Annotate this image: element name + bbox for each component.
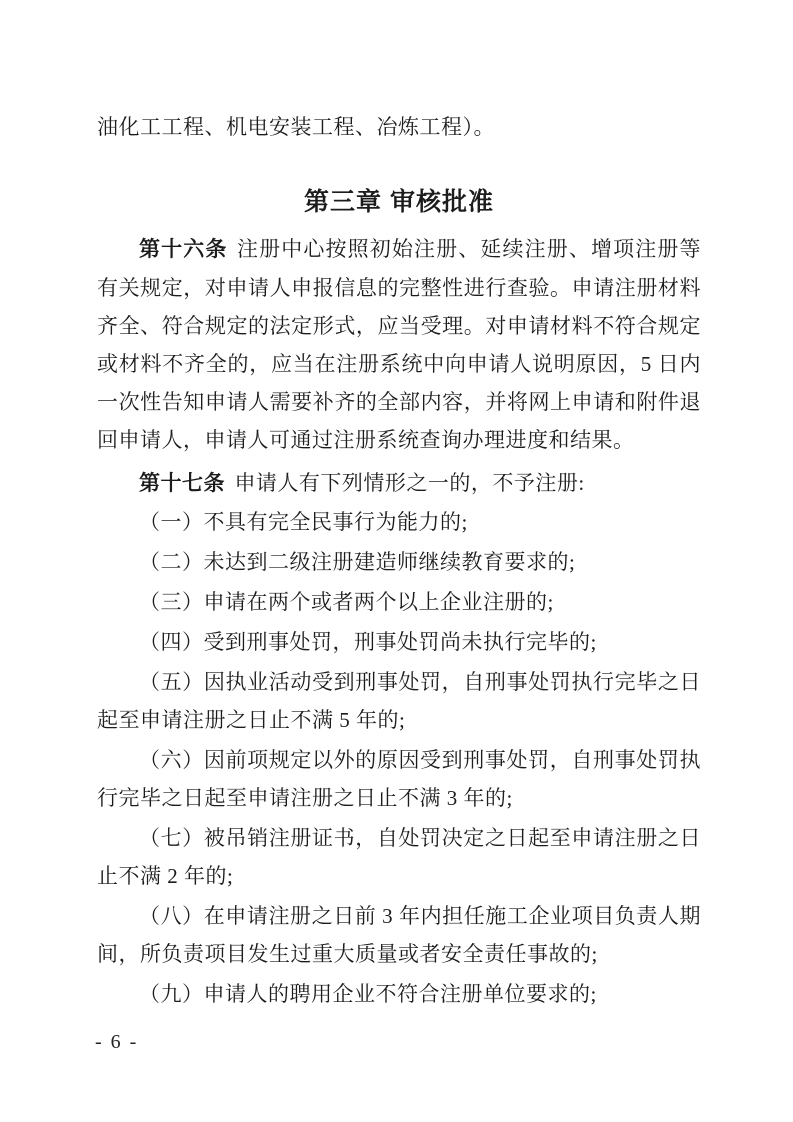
- article-16: 第十六条注册中心按照初始注册、延续注册、增项注册等有关规定，对申请人申报信息的完…: [97, 230, 701, 459]
- article-17: 第十七条申请人有下列情形之一的，不予注册:: [97, 464, 701, 503]
- list-item-1: （一）不具有完全民事行为能力的;: [97, 503, 701, 541]
- article-16-label: 第十六条: [139, 238, 228, 261]
- list-item-5: （五）因执业活动受到刑事处罚，自刑事处罚执行完毕之日起至申请注册之日止不满 5 …: [97, 663, 701, 739]
- list-item-6: （六）因前项规定以外的原因受到刑事处罚，自刑事处罚执行完毕之日起至申请注册之日止…: [97, 741, 701, 817]
- document-content: 油化工工程、机电安装工程、冶炼工程）。 第三章 审核批准 第十六条注册中心按照初…: [97, 108, 701, 1015]
- page-number: - 6 -: [95, 1030, 138, 1054]
- list-item-3: （三）申请在两个或者两个以上企业注册的;: [97, 583, 701, 621]
- list-item-7: （七）被吊销注册证书，自处罚决定之日起至申请注册之日止不满 2 年的;: [97, 819, 701, 895]
- article-17-label: 第十七条: [139, 472, 225, 495]
- article-16-text: 注册中心按照初始注册、延续注册、增项注册等有关规定，对申请人申报信息的完整性进行…: [97, 237, 701, 452]
- article-17-text: 申请人有下列情形之一的，不予注册:: [234, 471, 584, 495]
- list-item-8: （八）在申请注册之日前 3 年内担任施工企业项目负责人期间，所负责项目发生过重大…: [97, 897, 701, 973]
- intro-continuation-line: 油化工工程、机电安装工程、冶炼工程）。: [97, 108, 701, 146]
- list-item-2: （二）未达到二级注册建造师继续教育要求的;: [97, 543, 701, 581]
- list-item-4: （四）受到刑事处罚，刑事处罚尚未执行完毕的;: [97, 623, 701, 661]
- document-page: 油化工工程、机电安装工程、冶炼工程）。 第三章 审核批准 第十六条注册中心按照初…: [0, 0, 793, 1122]
- chapter-heading: 第三章 审核批准: [97, 182, 701, 222]
- list-item-9: （九）申请人的聘用企业不符合注册单位要求的;: [97, 975, 701, 1013]
